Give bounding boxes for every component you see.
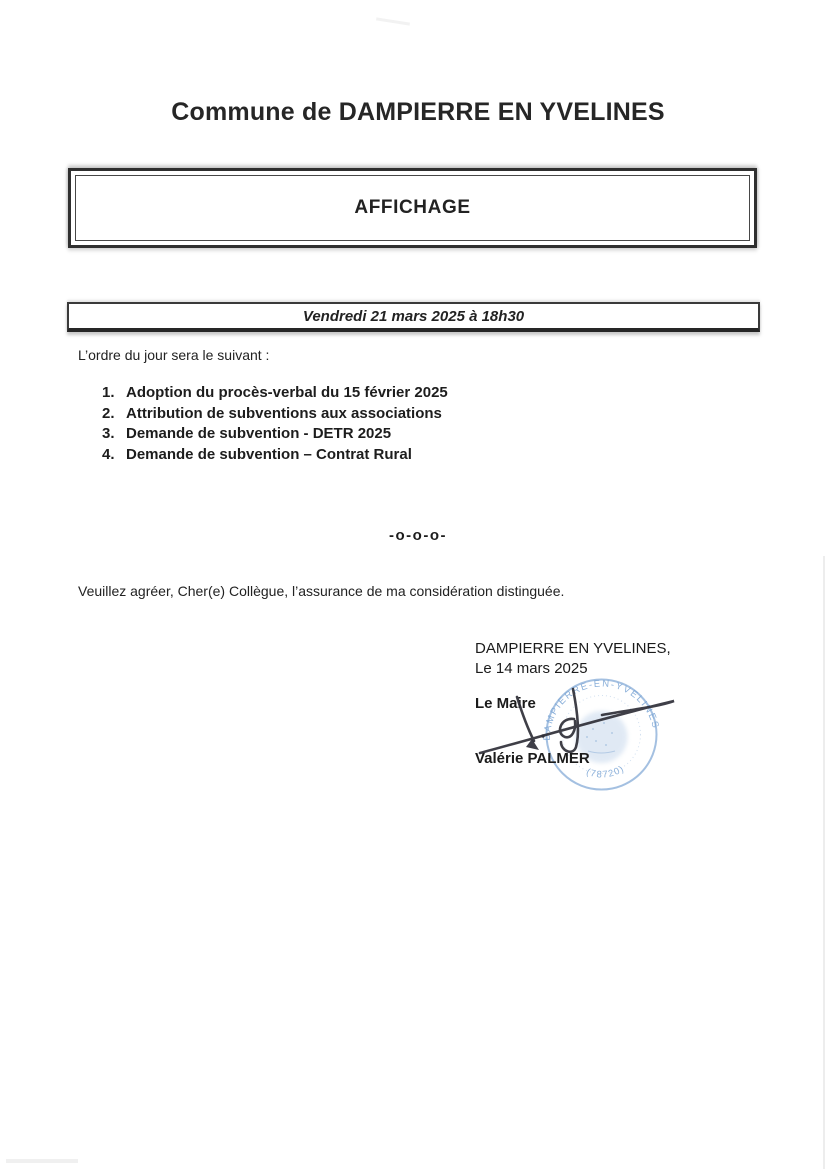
signature-stroke xyxy=(517,697,534,741)
scan-smear xyxy=(376,17,410,25)
agenda-item-number: 1. xyxy=(102,383,126,404)
scanned-document-page: Commune de DAMPIERRE EN YVELINES AFFICHA… xyxy=(0,0,827,1169)
agenda-item-number: 4. xyxy=(102,445,126,466)
signature-dot xyxy=(541,734,544,737)
agenda-item-text: Demande de subvention - DETR 2025 xyxy=(126,424,391,445)
agenda-item: 4. Demande de subvention – Contrat Rural xyxy=(102,445,448,466)
closing-courtesy-line: Veuillez agréer, Cher(e) Collègue, l’ass… xyxy=(78,583,564,599)
agenda-item-text: Demande de subvention – Contrat Rural xyxy=(126,445,412,466)
agenda-item: 3. Demande de subvention - DETR 2025 xyxy=(102,424,448,445)
scan-smudge xyxy=(6,1159,78,1163)
affichage-banner-box: AFFICHAGE xyxy=(68,168,757,248)
banner-label: AFFICHAGE xyxy=(354,197,470,219)
scan-edge-line xyxy=(823,556,825,1169)
section-separator: -o-o-o- xyxy=(8,527,827,544)
agenda-list: 1. Adoption du procès-verbal du 15 févri… xyxy=(102,383,448,465)
session-date-box: Vendredi 21 mars 2025 à 18h30 xyxy=(67,302,760,332)
signer-name-label: Valérie PALMER xyxy=(475,750,590,767)
agenda-item-number: 3. xyxy=(102,424,126,445)
agenda-item: 2. Attribution de subventions aux associ… xyxy=(102,404,448,425)
place-line: DAMPIERRE EN YVELINES, xyxy=(475,639,671,659)
agenda-item-number: 2. xyxy=(102,404,126,425)
session-date-label: Vendredi 21 mars 2025 à 18h30 xyxy=(303,308,524,325)
agenda-intro-line: L’ordre du jour sera le suivant : xyxy=(78,347,269,363)
page-title: Commune de DAMPIERRE EN YVELINES xyxy=(8,98,827,127)
agenda-item: 1. Adoption du procès-verbal du 15 févri… xyxy=(102,383,448,404)
agenda-item-text: Attribution de subventions aux associati… xyxy=(126,404,442,425)
agenda-item-text: Adoption du procès-verbal du 15 février … xyxy=(126,383,448,404)
